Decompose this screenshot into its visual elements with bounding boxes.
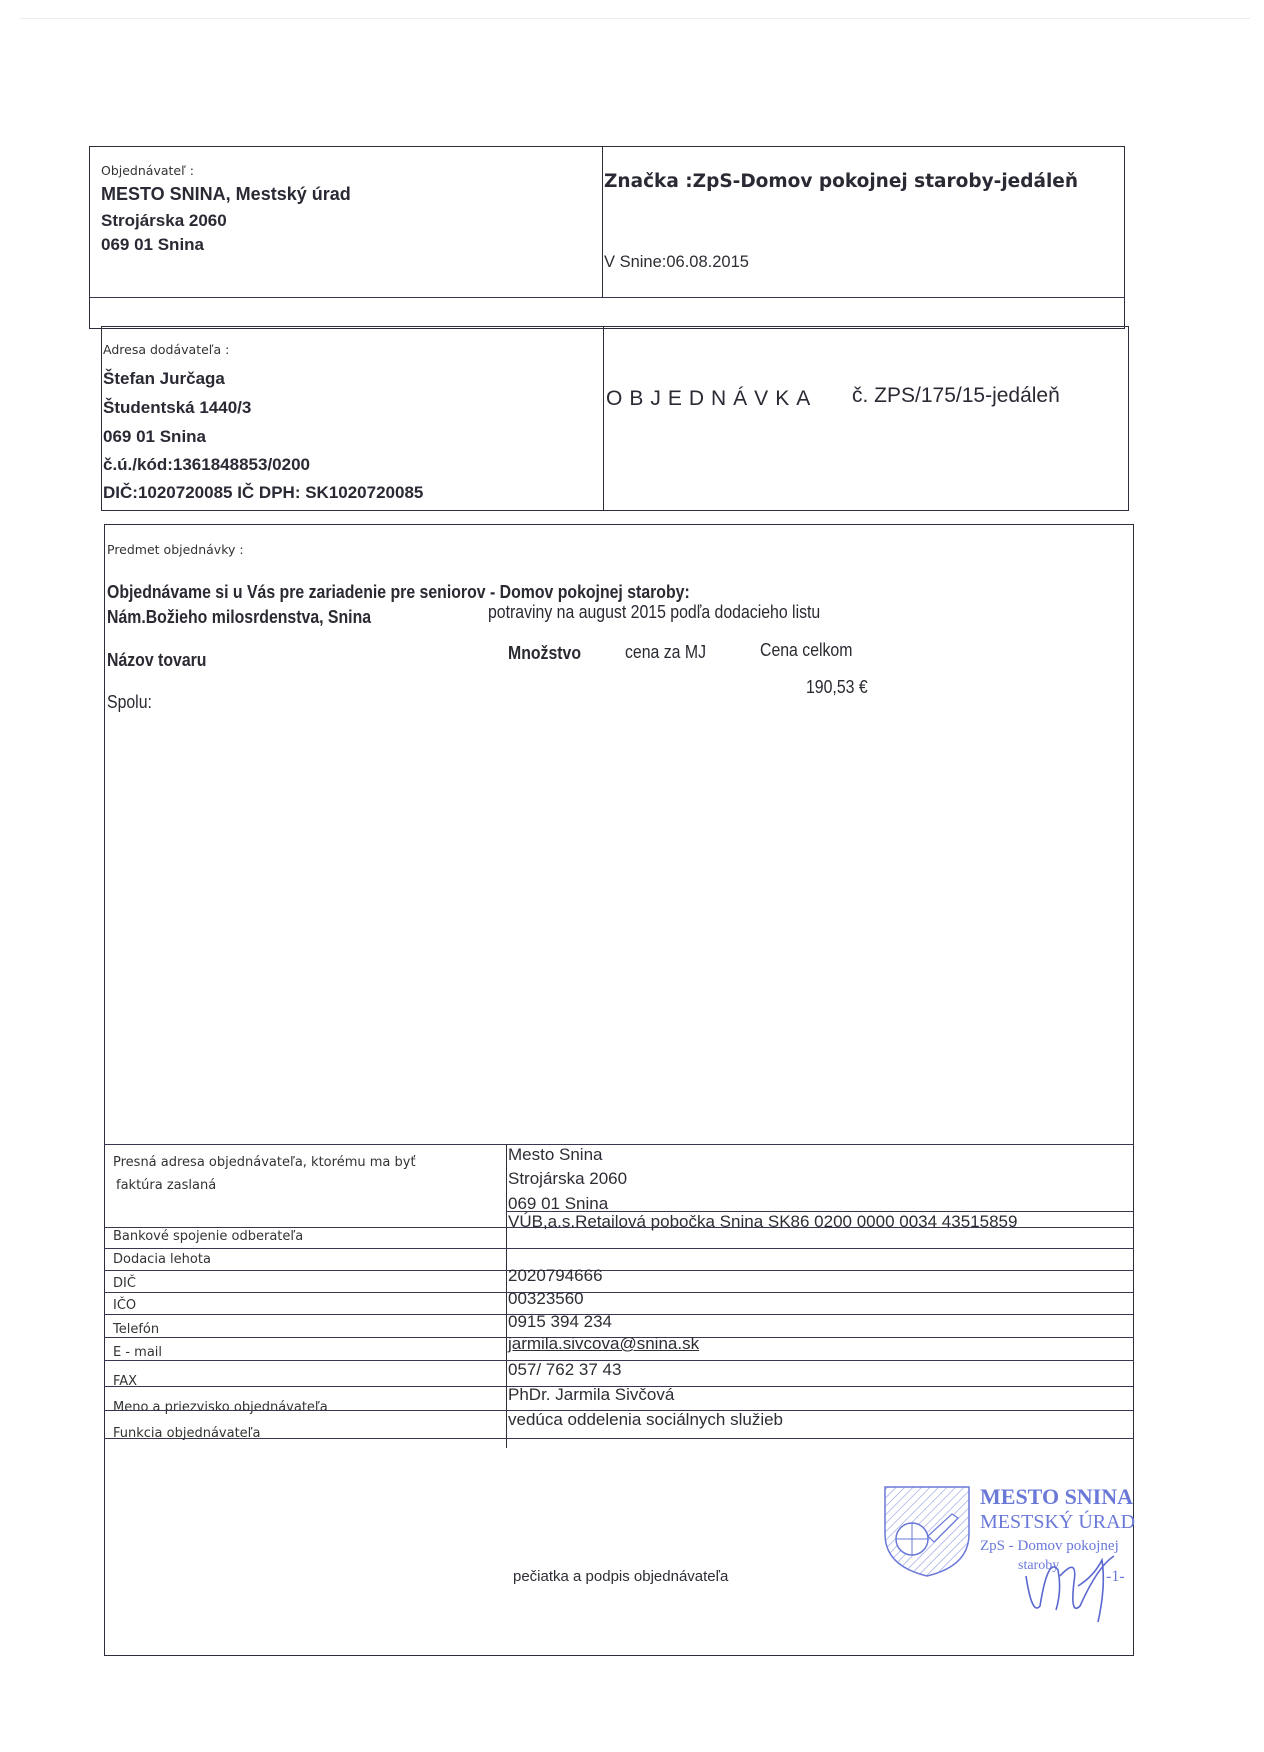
detail-value-fax: 057/ 762 37 43 [508,1360,621,1380]
detail-label-invoice-address: Presná adresa objednávateľa, ktorému ma … [113,1155,416,1170]
detail-rule [104,1314,1134,1315]
stamp-line-1: MESTO SNINA [980,1484,1133,1510]
detail-value-bank: VÚB,a.s.Retailová pobočka Snina SK86 020… [508,1212,1017,1232]
orderer-name: MESTO SNINA, Mestský úrad [101,184,351,205]
supplier-city: 069 01 Snina [103,427,206,447]
order-number: č. ZPS/175/15-jedáleň [852,384,1060,408]
detail-label-orderer-name: Meno a priezvisko objednávateľa [113,1400,328,1415]
detail-value-ico: 00323560 [508,1289,584,1309]
detail-rule [104,1270,1134,1271]
total-value: 190,53 € [806,677,868,698]
column-unit-price: cena za MJ [625,642,706,663]
place-date: V Snine:06.08.2015 [604,253,749,272]
detail-value-dic: 2020794666 [508,1266,603,1286]
header-divider [602,146,603,298]
detail-rule [104,1248,1134,1249]
total-label: Spolu: [107,692,152,713]
supplier-street: Študentská 1440/3 [103,398,251,418]
detail-rule [104,1292,1134,1293]
column-total-price: Cena celkom [760,640,852,661]
supplier-tax-ids: DIČ:1020720085 IČ DPH: SK1020720085 [103,483,423,503]
subject-line-1: Objednávame si u Vás pre zariadenie pre … [107,582,690,603]
detail-value-orderer-name: PhDr. Jarmila Sivčová [508,1385,674,1405]
orderer-city: 069 01 Snina [101,235,204,255]
detail-value-orderer-function: vedúca oddelenia sociálnych služieb [508,1410,783,1430]
detail-label-email: E - mail [113,1345,162,1360]
details-top-rule [104,1144,1134,1145]
header-rule [89,297,1125,298]
scan-edge-line [20,18,1250,19]
order-mark: Značka :ZpS-Domov pokojnej staroby-jedál… [604,171,1078,192]
stamp-line-2: MESTSKÝ ÚRAD [980,1511,1135,1534]
coat-of-arms-icon [882,1484,972,1579]
orderer-label: Objednávateľ : [101,163,194,178]
column-quantity: Množstvo [508,643,581,664]
subject-line-2-address: Nám.Božieho milosrdenstva, Snina [107,607,371,628]
detail-label-bank: Bankové spojenie odberateľa [113,1229,303,1244]
detail-value-phone: 0915 394 234 [508,1312,612,1332]
detail-value-email[interactable]: jarmila.sivcova@snina.sk [508,1334,699,1354]
signature-scribble-icon [1018,1546,1128,1626]
detail-value-invoice-name: Mesto Snina [508,1145,603,1165]
detail-label-delivery-period: Dodacia lehota [113,1252,211,1267]
signature-caption: pečiatka a podpis objednávateľa [513,1568,728,1585]
supplier-name: Štefan Jurčaga [103,369,225,389]
column-item-name: Názov tovaru [107,650,206,671]
supplier-divider [603,326,604,511]
order-title-word: OBJEDNÁVKA [606,387,817,411]
detail-rule [104,1438,1134,1439]
detail-label-invoice-address-2: faktúra zaslaná [116,1178,216,1193]
subject-label: Predmet objednávky : [107,542,244,557]
detail-label-phone: Telefón [113,1322,159,1337]
subject-line-2-goods: potraviny na august 2015 podľa dodacieho… [488,602,820,623]
supplier-account: č.ú./kód:1361848853/0200 [103,455,310,475]
official-stamp: MESTO SNINA MESTSKÝ ÚRAD ZpS - Domov pok… [868,1478,1158,1638]
supplier-label: Adresa dodávateľa : [103,342,229,357]
detail-label-ico: IČO [113,1298,136,1313]
details-divider [506,1144,507,1448]
detail-label-dic: DIČ [113,1276,136,1291]
orderer-street: Strojárska 2060 [101,211,227,231]
detail-value-invoice-street: Strojárska 2060 [508,1169,627,1189]
